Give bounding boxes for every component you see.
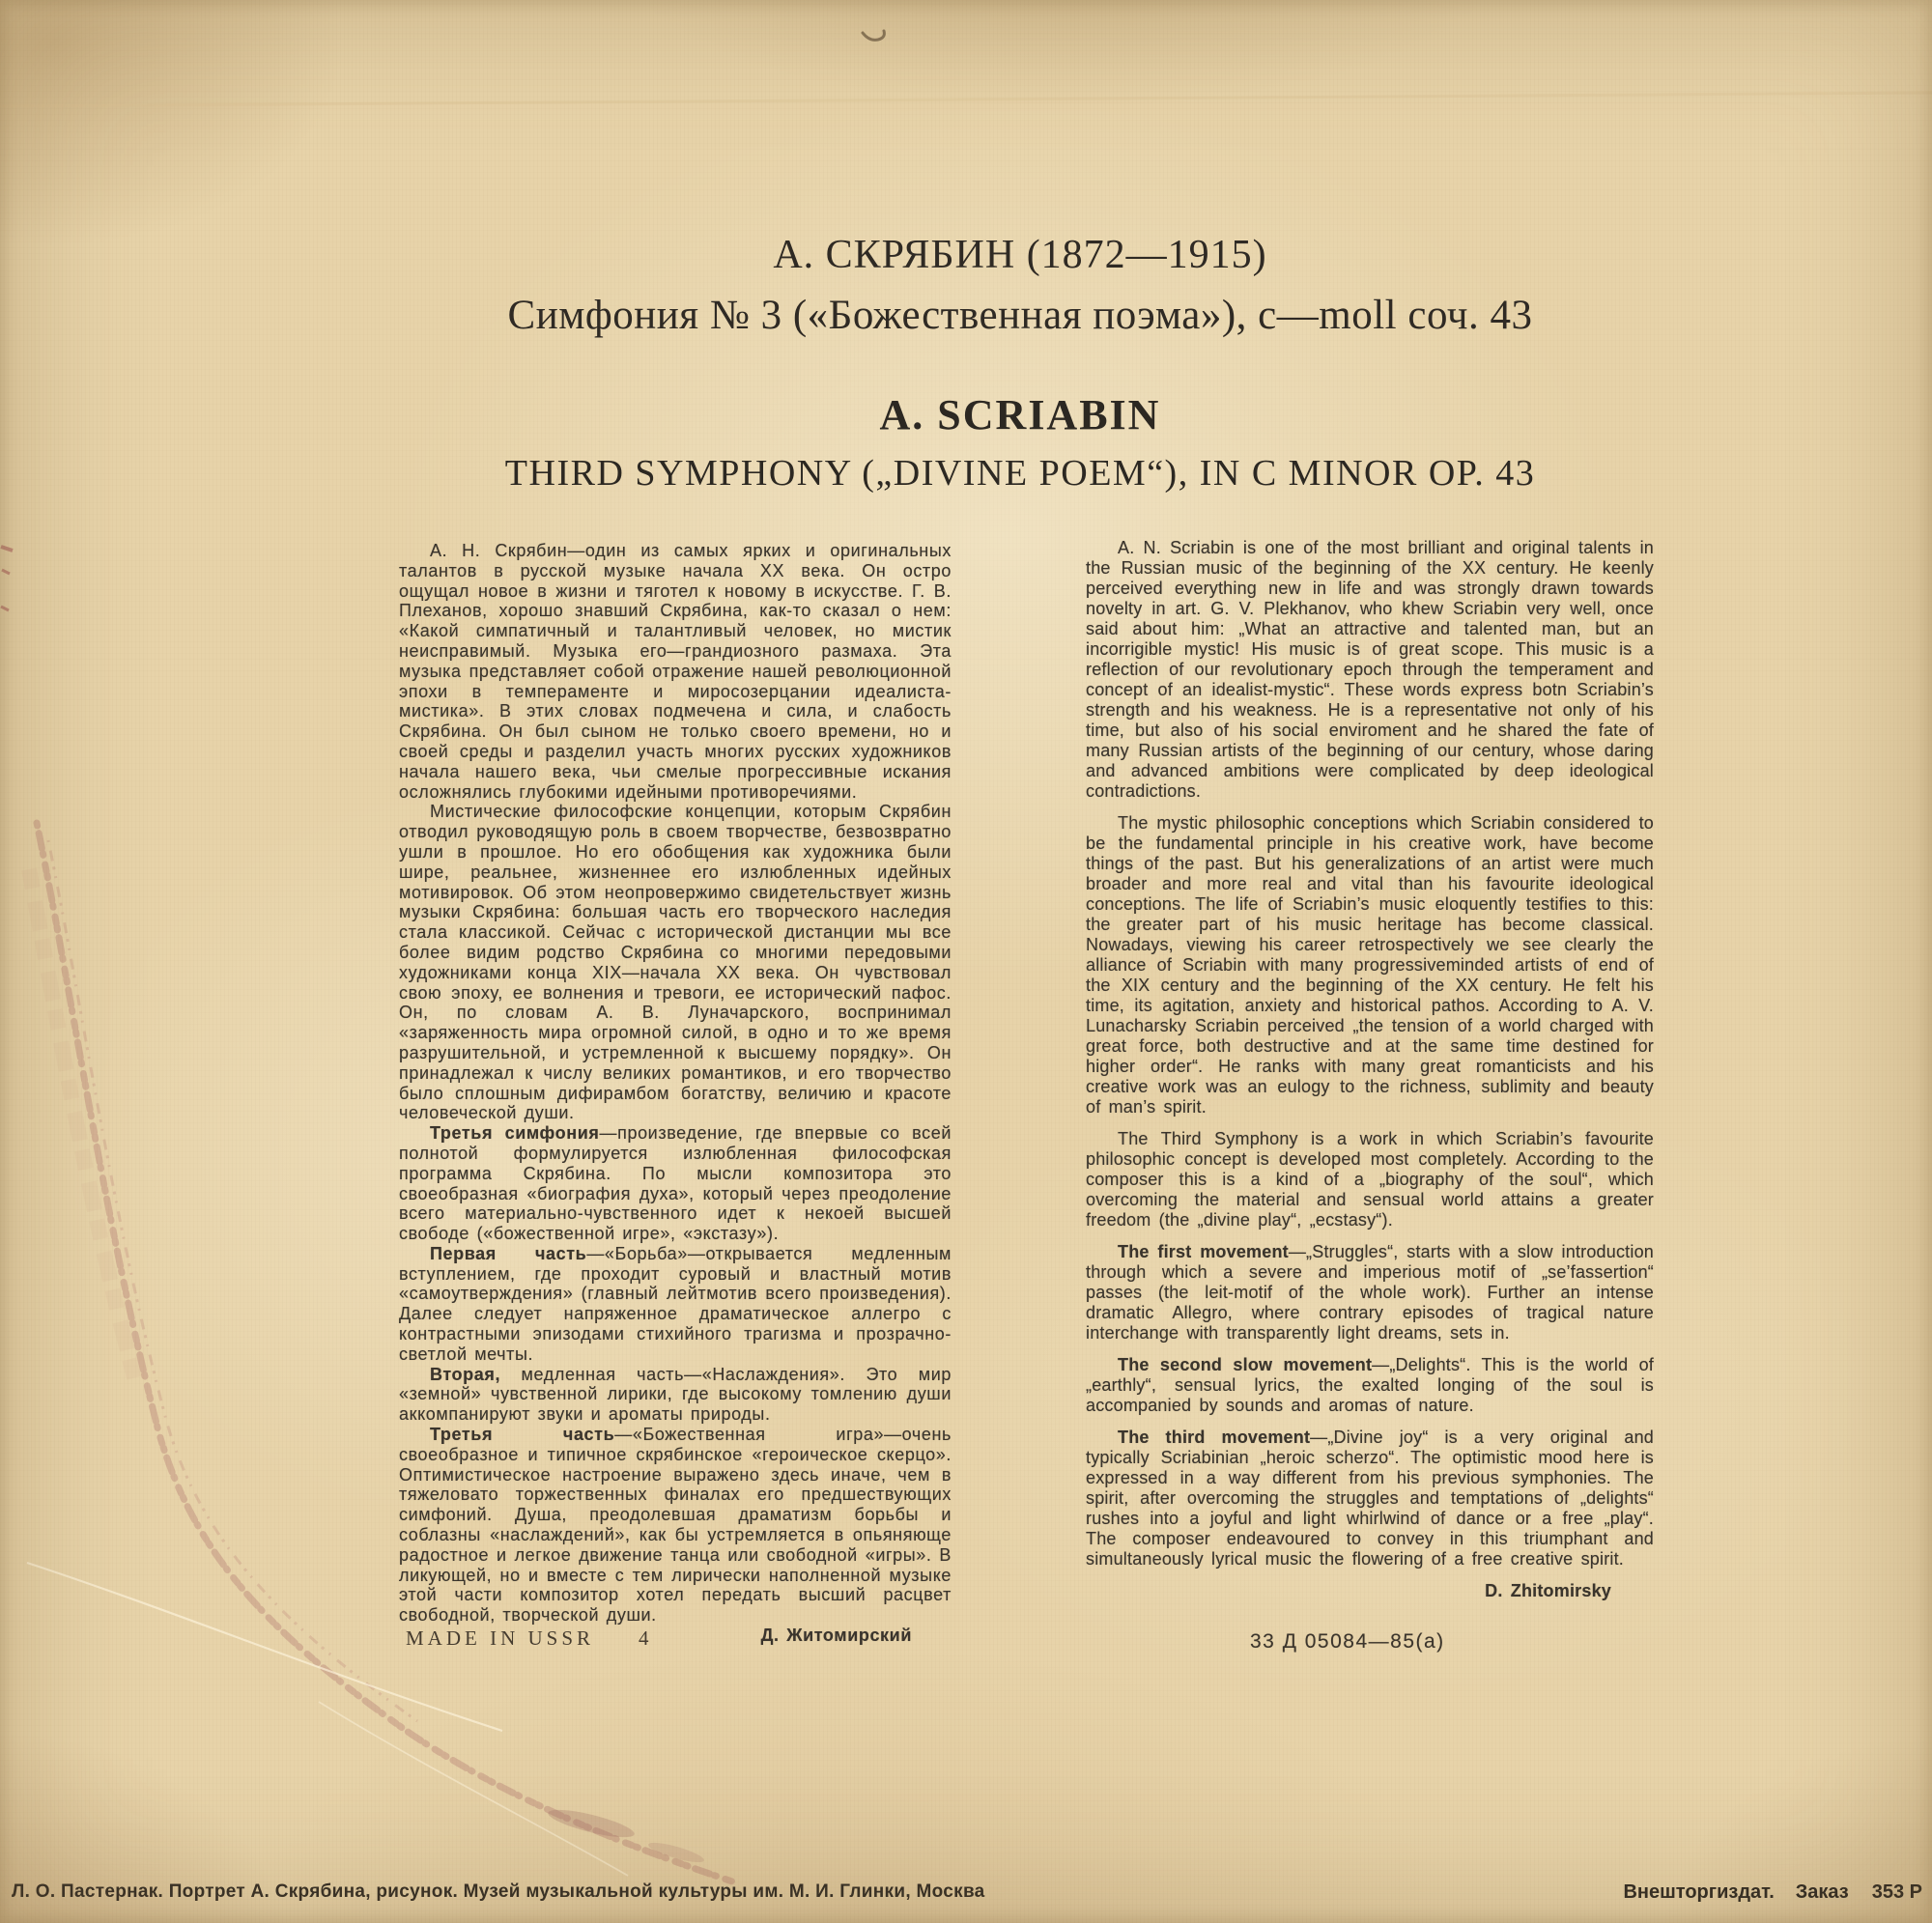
- order-number: 353 Р: [1872, 1881, 1922, 1903]
- author-signature-english: D. Zhitomirsky: [1086, 1581, 1654, 1601]
- paragraph-ru-2: Мистические философские концепции, котор…: [399, 802, 952, 1123]
- paragraph-text: —„Divine joy“ is a very original and typ…: [1086, 1428, 1654, 1569]
- work-title-english: THIRD SYMPHONY („DIVINE POEM“), IN C MIN…: [54, 452, 1932, 495]
- paragraph-text: The mystic philosophic conceptions which…: [1086, 813, 1654, 1117]
- paragraph-lead: Третья симфония: [430, 1123, 600, 1143]
- order-label: Заказ: [1796, 1881, 1849, 1903]
- paragraph-lead: The second slow movement: [1118, 1355, 1372, 1374]
- publisher-imprint: Внешторгиздат.Заказ353 Р: [1623, 1881, 1922, 1904]
- composer-title-russian: А. СКРЯБИН (1872—1915): [54, 232, 1932, 278]
- paragraph-text: The Third Symphony is a work in which Sc…: [1086, 1129, 1654, 1230]
- paragraph-ru-4: Первая часть—«Борьба»—открывается медлен…: [399, 1244, 952, 1365]
- made-in-ussr-imprint: MADE IN USSR4: [406, 1626, 649, 1651]
- record-sleeve-back: { "header": { "composer_ru": "А. СКРЯБИН…: [0, 0, 1932, 1923]
- publisher-name: Внешторгиздат.: [1623, 1881, 1774, 1903]
- paragraph-lead: The first movement: [1118, 1242, 1289, 1261]
- paragraph-text: А. Н. Скрябин—один из самых ярких и ориг…: [399, 541, 952, 802]
- paragraph-text: Мистические философские концепции, котор…: [399, 802, 952, 1122]
- side-number: 4: [639, 1626, 649, 1650]
- paragraph-ru-1: А. Н. Скрябин—один из самых ярких и ориг…: [399, 541, 952, 802]
- paragraph-lead: Вторая,: [430, 1365, 500, 1384]
- paragraph-text: A. N. Scriabin is one of the most brilli…: [1086, 538, 1654, 801]
- paragraph-en-2: The mystic philosophic conceptions which…: [1086, 813, 1654, 1117]
- paragraph-ru-3: Третья симфония—произведение, где впервы…: [399, 1123, 952, 1244]
- portrait-credit-line: Л. О. Пастернак. Портрет А. Скрябина, ри…: [12, 1881, 985, 1903]
- catalog-number: 33 Д 05084—85(а): [1250, 1630, 1445, 1654]
- work-title-russian: Симфония № 3 («Божественная поэма»), c—m…: [54, 292, 1932, 339]
- composer-title-english: A. SCRIABIN: [54, 390, 1932, 439]
- paragraph-ru-5: Вторая, медленная часть—«Наслаждения». Э…: [399, 1365, 952, 1425]
- paragraph-en-3: The Third Symphony is a work in which Sc…: [1086, 1129, 1654, 1230]
- paragraph-en-1: A. N. Scriabin is one of the most brilli…: [1086, 538, 1654, 802]
- paragraph-en-4: The first movement—„Struggles“, starts w…: [1086, 1242, 1654, 1343]
- liner-notes-russian: А. Н. Скрябин—один из самых ярких и ориг…: [399, 541, 952, 1646]
- paragraph-text: —«Божественная игра»—очень своеобразное …: [399, 1425, 952, 1625]
- paragraph-lead: Третья часть: [430, 1425, 614, 1444]
- paragraph-ru-6: Третья часть—«Божественная игра»—очень с…: [399, 1425, 952, 1626]
- liner-notes-english: A. N. Scriabin is one of the most brilli…: [1086, 538, 1654, 1613]
- paragraph-en-5: The second slow movement—„Delights“. Thi…: [1086, 1355, 1654, 1416]
- paragraph-en-6: The third movement—„Divine joy“ is a ver…: [1086, 1428, 1654, 1570]
- made-in-label: MADE IN USSR: [406, 1626, 594, 1650]
- paragraph-lead: Первая часть: [430, 1244, 586, 1263]
- paragraph-lead: The third movement: [1118, 1428, 1310, 1447]
